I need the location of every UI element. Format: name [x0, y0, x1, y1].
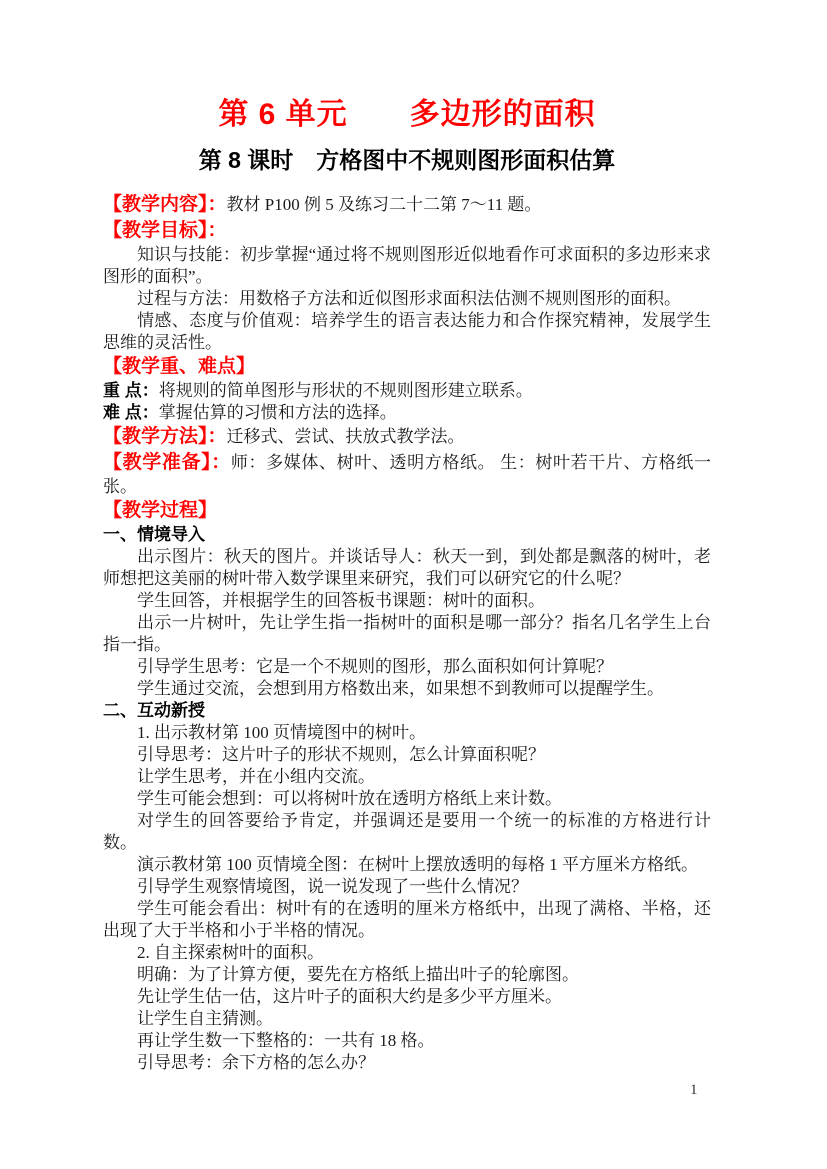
text-run: 学生可能会看出：树叶有的在透明的厘米方格纸中，出现了满格、半格，还出现了大于半格…: [103, 899, 711, 940]
section-heading: 【教学准备】：师：多媒体、树叶、透明方格纸。 生：树叶若干片、方格纸一张。: [103, 450, 711, 498]
body-paragraph: 学生可能会看出：树叶有的在透明的厘米方格纸中，出现了满格、半格，还出现了大于半格…: [103, 898, 711, 942]
text-run: 【教学目标】：: [103, 220, 227, 241]
section-heading: 【教学方法】：迁移式、尝试、扶放式教学法。: [103, 424, 711, 450]
body-paragraph: 学生可能会想到：可以将树叶放在透明方格纸上来计数。: [103, 788, 711, 810]
body-paragraph: 学生通过交流，会想到用方格数出来，如果想不到教师可以提醒学生。: [103, 678, 711, 700]
body-paragraph: 引导思考：余下方格的怎么办？: [103, 1052, 711, 1074]
text-run: 演示教材第 100 页情境全图：在树叶上摆放透明的每格 1 平方厘米方格纸。: [137, 855, 698, 874]
text-run: 【教学准备】：: [103, 452, 231, 473]
body-paragraph: 引导学生思考：它是一个不规则的图形，那么面积如何计算呢？: [103, 656, 711, 678]
body-paragraph: 引导学生观察情境图，说一说发现了一些什么情况？: [103, 876, 711, 898]
body-paragraph: 对学生的回答要给予肯定，并强调还是要用一个统一的标准的方格进行计数。: [103, 810, 711, 854]
text-run: 知识与技能：初步掌握“通过将不规则图形近似地看作可求面积的多边形来求图形的面积”…: [103, 245, 711, 286]
text-run: 再让学生数一下整格的：一共有 18 格。: [137, 1031, 435, 1050]
text-run: 引导思考：这片叶子的形状不规则，怎么计算面积呢？: [137, 745, 545, 764]
text-run: 学生回答，并根据学生的回答板书课题：树叶的面积。: [137, 591, 545, 610]
body-paragraph: 学生回答，并根据学生的回答板书课题：树叶的面积。: [103, 590, 711, 612]
text-run: 【教学重、难点】: [103, 356, 255, 377]
text-run: 让学生自主猜测。: [137, 1009, 273, 1028]
document-page: 第 6 单元 多边形的面积 第 8 课时 方格图中不规则图形面积估算 【教学内容…: [0, 0, 827, 1169]
text-run: 将规则的简单图形与形状的不规则图形建立联系。: [159, 381, 533, 400]
text-run: 情感、态度与价值观：培养学生的语言表达能力和合作探究精神，发展学生思维的灵活性。: [103, 311, 711, 352]
text-run: 掌握估算的习惯和方法的选择。: [159, 403, 397, 422]
text-run: 【教学内容】：: [103, 194, 227, 215]
text-run: 2. 自主探索树叶的面积。: [137, 943, 324, 962]
body-paragraph: 明确：为了计算方便，要先在方格纸上描出叶子的轮廓图。: [103, 964, 711, 986]
text-run: 明确：为了计算方便，要先在方格纸上描出叶子的轮廓图。: [137, 965, 579, 984]
body-paragraph: 2. 自主探索树叶的面积。: [103, 942, 711, 964]
text-run: 学生通过交流，会想到用方格数出来，如果想不到教师可以提醒学生。: [137, 679, 664, 698]
text-run: 出示图片：秋天的图片。并谈话导人：秋天一到，到处都是飘落的树叶，老师想把这美丽的…: [103, 547, 711, 588]
body-paragraph: 演示教材第 100 页情境全图：在树叶上摆放透明的每格 1 平方厘米方格纸。: [103, 854, 711, 876]
text-run: 让学生思考，并在小组内交流。: [137, 767, 375, 786]
section-heading: 【教学目标】：: [103, 218, 711, 244]
text-run: 引导思考：余下方格的怎么办？: [137, 1053, 375, 1072]
document-body: 【教学内容】：教材 P100 例 5 及练习二十二第 7～11 题。【教学目标】…: [103, 192, 711, 1074]
body-paragraph: 1. 出示教材第 100 页情境图中的树叶。: [103, 722, 711, 744]
text-run: 难 点：: [103, 403, 159, 422]
body-paragraph: 出示图片：秋天的图片。并谈话导人：秋天一到，到处都是飘落的树叶，老师想把这美丽的…: [103, 546, 711, 590]
text-run: 1. 出示教材第 100 页情境图中的树叶。: [137, 723, 426, 742]
text-run: 过程与方法：用数格子方法和近似图形求面积法估测不规则图形的面积。: [137, 289, 681, 308]
text-run: 重 点：: [103, 381, 159, 400]
section-heading: 【教学过程】: [103, 498, 711, 524]
text-run: 学生可能会想到：可以将树叶放在透明方格纸上来计数。: [137, 789, 562, 808]
text-run: 教材 P100 例 5 及练习二十二第 7～11 题。: [227, 195, 542, 214]
text-run: 出示一片树叶，先让学生指一指树叶的面积是哪一部分？指名几名学生上台指一指。: [103, 613, 711, 654]
body-paragraph: 先让学生估一估，这片叶子的面积大约是多少平方厘米。: [103, 986, 711, 1008]
text-run: 引导学生思考：它是一个不规则的图形，那么面积如何计算呢？: [137, 657, 613, 676]
document-subtitle: 第 8 课时 方格图中不规则图形面积估算: [103, 146, 711, 175]
body-paragraph: 知识与技能：初步掌握“通过将不规则图形近似地看作可求面积的多边形来求图形的面积”…: [103, 244, 711, 288]
body-paragraph: 引导思考：这片叶子的形状不规则，怎么计算面积呢？: [103, 744, 711, 766]
text-run: 引导学生观察情境图，说一说发现了一些什么情况？: [137, 877, 528, 896]
section-heading: 【教学重、难点】: [103, 354, 711, 380]
text-run: 一、情境导入: [103, 525, 205, 544]
text-run: 先让学生估一估，这片叶子的面积大约是多少平方厘米。: [137, 987, 562, 1006]
body-paragraph: 情感、态度与价值观：培养学生的语言表达能力和合作探究精神，发展学生思维的灵活性。: [103, 310, 711, 354]
sub-heading: 一、情境导入: [103, 524, 711, 546]
body-paragraph: 再让学生数一下整格的：一共有 18 格。: [103, 1030, 711, 1052]
text-run: 迁移式、尝试、扶放式教学法。: [227, 427, 465, 446]
text-run: 二、互动新授: [103, 701, 205, 720]
body-paragraph: 过程与方法：用数格子方法和近似图形求面积法估测不规则图形的面积。: [103, 288, 711, 310]
sub-heading: 重 点：将规则的简单图形与形状的不规则图形建立联系。: [103, 380, 711, 402]
document-title: 第 6 单元 多边形的面积: [103, 96, 711, 134]
section-heading: 【教学内容】：教材 P100 例 5 及练习二十二第 7～11 题。: [103, 192, 711, 218]
page-number: 1: [690, 1080, 698, 1100]
text-run: 对学生的回答要给予肯定，并强调还是要用一个统一的标准的方格进行计数。: [103, 811, 711, 852]
text-run: 【教学过程】: [103, 500, 217, 521]
body-paragraph: 出示一片树叶，先让学生指一指树叶的面积是哪一部分？指名几名学生上台指一指。: [103, 612, 711, 656]
sub-heading: 二、互动新授: [103, 700, 711, 722]
body-paragraph: 让学生自主猜测。: [103, 1008, 711, 1030]
body-paragraph: 让学生思考，并在小组内交流。: [103, 766, 711, 788]
sub-heading: 难 点：掌握估算的习惯和方法的选择。: [103, 402, 711, 424]
text-run: 【教学方法】：: [103, 426, 227, 447]
